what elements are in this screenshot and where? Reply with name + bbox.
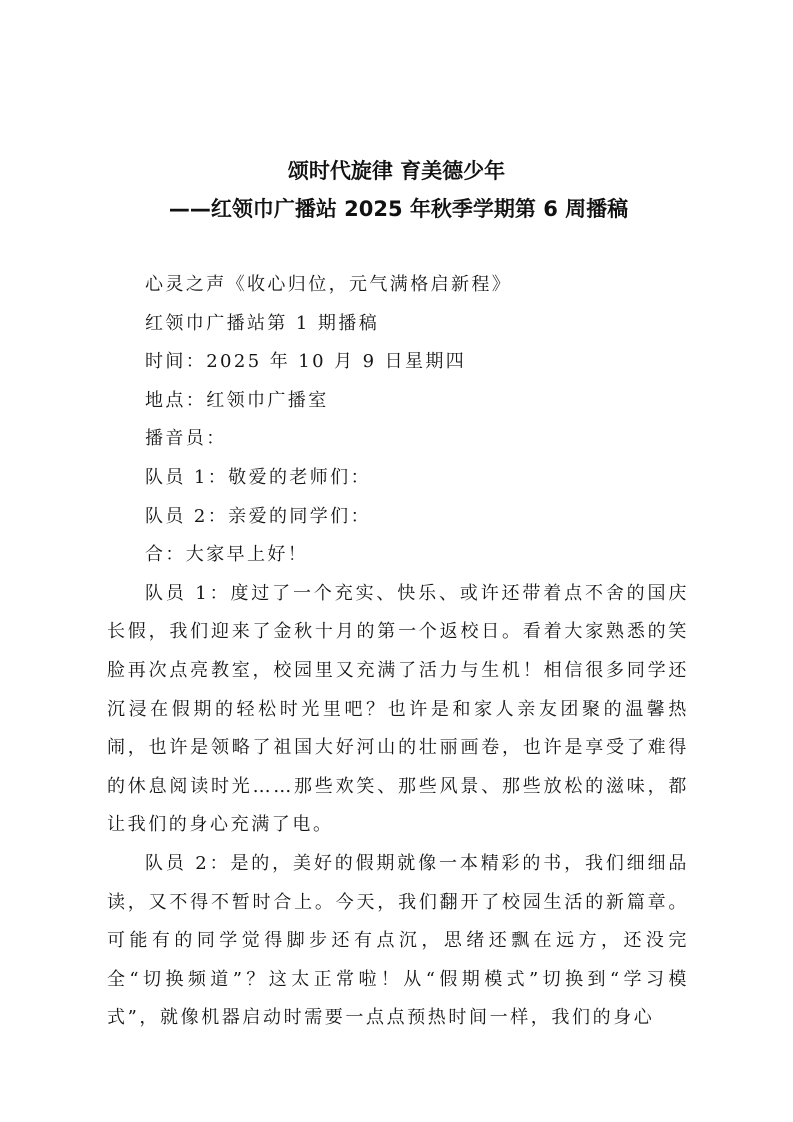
broadcast-location: 地点：红领巾广播室: [107, 382, 689, 421]
issue-number: 红领巾广播站第 1 期播稿: [107, 305, 689, 344]
document-title-block: 颂时代旋律 育美德少年 ——红领巾广播站 2025 年秋季学期第 6 周播稿: [0, 152, 793, 228]
document-subtitle: ——红领巾广播站 2025 年秋季学期第 6 周播稿: [0, 190, 793, 228]
document-title: 颂时代旋律 育美德少年: [0, 152, 793, 190]
document-body: 心灵之声《收心归位，元气满格启新程》 红领巾广播站第 1 期播稿 时间：2025…: [107, 266, 689, 1038]
paragraph-member-1: 队员 1：度过了一个充实、快乐、或许还带着点不舍的国庆长假，我们迎来了金秋十月的…: [107, 575, 689, 845]
announcers-label: 播音员：: [107, 420, 689, 459]
greeting-teachers: 队员 1：敬爱的老师们：: [107, 459, 689, 498]
broadcast-time: 时间：2025 年 10 月 9 日星期四: [107, 343, 689, 382]
greeting-together: 合：大家早上好！: [107, 536, 689, 575]
segment-title: 心灵之声《收心归位，元气满格启新程》: [107, 266, 689, 305]
greeting-students: 队员 2：亲爱的同学们：: [107, 498, 689, 537]
document-page: 颂时代旋律 育美德少年 ——红领巾广播站 2025 年秋季学期第 6 周播稿 心…: [0, 0, 793, 1122]
paragraph-member-2: 队员 2：是的，美好的假期就像一本精彩的书，我们细细品读，又不得不暂时合上。今天…: [107, 845, 689, 1038]
